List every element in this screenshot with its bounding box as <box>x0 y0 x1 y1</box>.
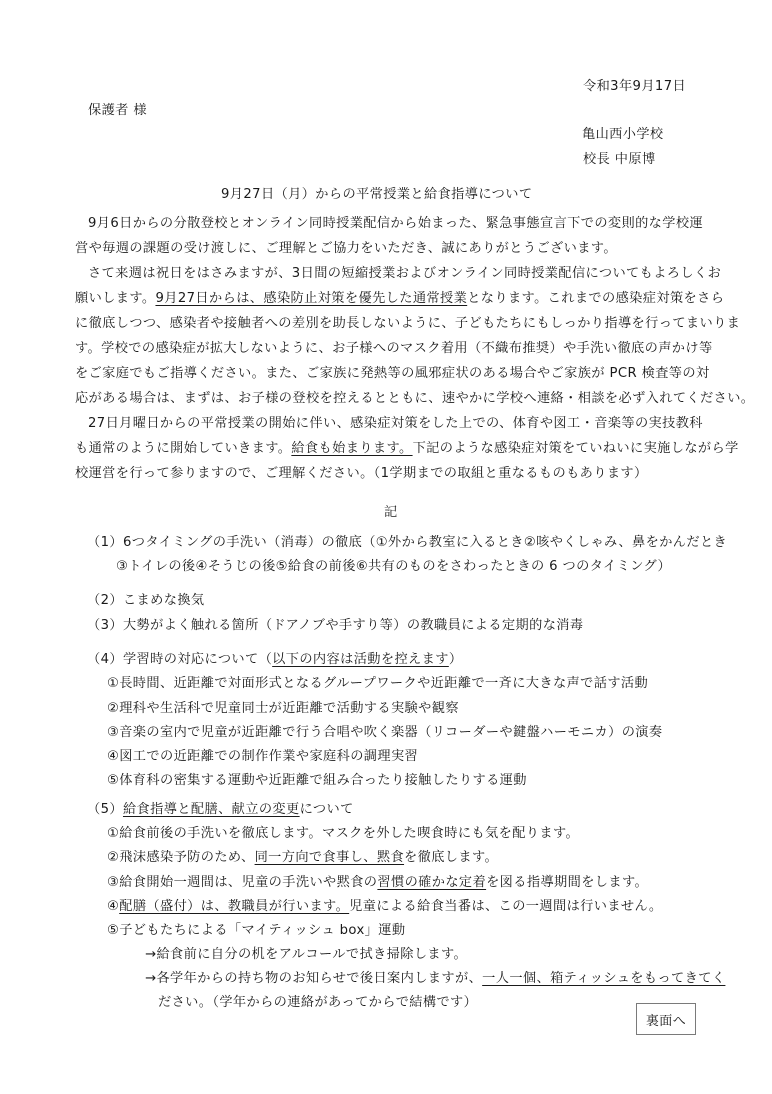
body-p3-line2: も通常のように開始していきます。給食も始まります。下記のような感染症対策をていね… <box>75 437 739 456</box>
item-5-sub-5-arrow-2-cont: ださい。（学年からの連絡があってからで結構です） <box>158 991 477 1010</box>
addressee: 保護者 様 <box>88 99 147 118</box>
text: 児童による給食当番は、この一週間は行いません。 <box>349 899 662 914</box>
item-5-sub-5-arrow-2: →各学年からの持ち物のお知らせで後日案内しますが、一人一個、箱ティッシュをもって… <box>145 967 725 986</box>
body-p3-line1: 27日月曜日からの平常授業の開始に伴い、感染症対策をした上での、体育や図工・音楽… <box>88 412 703 431</box>
text: ） <box>449 652 463 667</box>
item-1-line1: （1）6つタイミングの手洗い（消毒）の徹底（①外から教室に入るとき②咳やくしゃみ… <box>87 531 727 550</box>
item-4-heading: （4）学習時の対応について（以下の内容は活動を控えます） <box>87 648 462 667</box>
body-p2-line6: 応がある場合は、まずは、お子様の登校を控えるとともに、速やかに学校へ連絡・相談を… <box>75 387 754 406</box>
underlined-text: 給食指導と配膳、献立の変更 <box>123 802 300 817</box>
date: 令和3年9月17日 <box>583 75 686 94</box>
text: →各学年からの持ち物のお知らせで後日案内しますが、 <box>145 971 482 986</box>
body-p2-line5: をご家庭でもご指導ください。また、ご家族に発熱等の風邪症状のある場合やご家族が … <box>75 362 710 381</box>
underlined-text: 以下の内容は活動を控えます <box>272 652 449 667</box>
body-p2-line4: す。学校での感染症が拡大しないように、お子様へのマスク着用（不織布推奨）や手洗い… <box>75 337 713 356</box>
underlined-text: 一人一個、箱ティッシュをもってきてく <box>482 971 725 986</box>
text: ④ <box>107 899 119 914</box>
body-p2-line2: 願いします。9月27日からは、感染防止対策を優先した通常授業となります。これまで… <box>75 287 724 306</box>
text: を徹底します。 <box>404 850 498 865</box>
item-1-line2: ③トイレの後④そうじの後⑤給食の前後⑥共有のものをさわったときの 6 つのタイミ… <box>116 555 671 574</box>
text: （5） <box>87 802 123 817</box>
text: 下記のような感染症対策をていねいに実施しながら学 <box>413 441 739 456</box>
item-4-sub-1: ①長時間、近距離で対面形式となるグループワークや近距離で一斉に大きな声で話す活動 <box>107 672 648 691</box>
body-p2-line3: に徹底しつつ、感染者や接触者への差別を助長しないように、子どもたちにもしっかり指… <box>75 312 740 331</box>
item-5-sub-4: ④配膳（盛付）は、教職員が行います。児童による給食当番は、この一週間は行いません… <box>107 895 662 914</box>
school-name: 亀山西小学校 <box>582 123 664 142</box>
item-5-sub-5-arrow-1: →給食前に自分の机をアルコールで拭き掃除します。 <box>145 943 467 962</box>
underlined-text: 給食も始まります。 <box>291 441 412 456</box>
body-p1-line2: 営や毎週の課題の受け渡しに、ご理解とご協力をいただき、誠にありがとうございます。 <box>75 237 617 256</box>
item-4-sub-2: ②理科や生活科で児童同士が近距離で活動する実験や観察 <box>107 697 459 716</box>
text: を図る指導期間をします。 <box>486 875 648 890</box>
text: （4）学習時の対応について（ <box>87 652 272 667</box>
item-5-sub-3: ③給食開始一週間は、児童の手洗いや黙食の習慣の確かな定着を図る指導期間をします。 <box>107 871 648 890</box>
text: 願いします。 <box>75 291 155 306</box>
item-5-heading: （5）給食指導と配膳、献立の変更について <box>87 798 354 817</box>
item-5-sub-5: ⑤子どもたちによる「マイティッシュ box」運動 <box>107 919 405 938</box>
item-4-sub-3: ③音楽の室内で児童が近距離で行う合唱や吹く楽器（リコーダーや鍵盤ハーモニカ）の演… <box>107 721 662 740</box>
item-5-sub-1: ①給食前後の手洗いを徹底します。マスクを外した喫食時にも気を配ります。 <box>107 822 579 841</box>
text: ③給食開始一週間は、児童の手洗いや黙食の <box>107 875 377 890</box>
underlined-text: 習慣の確かな定着 <box>377 875 486 890</box>
next-page-box: 裏面へ <box>636 1003 696 1035</box>
text: となります。これまでの感染症対策をさら <box>467 291 724 306</box>
body-p2-line1: さて来週は祝日をはさみますが、3日間の短縮授業およびオンライン同時授業配信につい… <box>88 262 721 281</box>
body-p3-line3: 校運営を行って参りますので、ご理解ください。（1学期までの取組と重なるものもあり… <box>75 462 648 481</box>
text: も通常のように開始していきます。 <box>75 441 291 456</box>
item-4-sub-5: ⑤体育科の密集する運動や近距離で組み合ったり接触したりする運動 <box>107 769 527 788</box>
item-3: （3）大勢がよく触れる箇所（ドアノブや手すり等）の教職員による定期的な消毒 <box>87 614 584 633</box>
underlined-text: 同一方向で食事し、黙食 <box>255 850 404 865</box>
text: について <box>300 802 354 817</box>
ki-heading: 記 <box>384 501 398 520</box>
body-p1-line1: 9月6日からの分散登校とオンライン同時授業配信から始まった、緊急事態宣言下での変… <box>88 212 703 231</box>
item-2: （2）こまめな換気 <box>87 589 205 608</box>
item-4-sub-4: ④図工での近距離での制作作業や家庭科の調理実習 <box>107 745 418 764</box>
document-title: 9月27日（月）からの平常授業と給食指導について <box>221 183 532 202</box>
next-page-label: 裏面へ <box>646 1010 686 1029</box>
underlined-text: 9月27日からは、感染防止対策を優先した通常授業 <box>155 291 467 306</box>
principal-name: 校長 中原博 <box>583 148 656 167</box>
item-5-sub-2: ②飛沫感染予防のため、同一方向で食事し、黙食を徹底します。 <box>107 846 498 865</box>
underlined-text: 配膳（盛付）は、教職員が行います。 <box>119 899 349 914</box>
text: ②飛沫感染予防のため、 <box>107 850 255 865</box>
